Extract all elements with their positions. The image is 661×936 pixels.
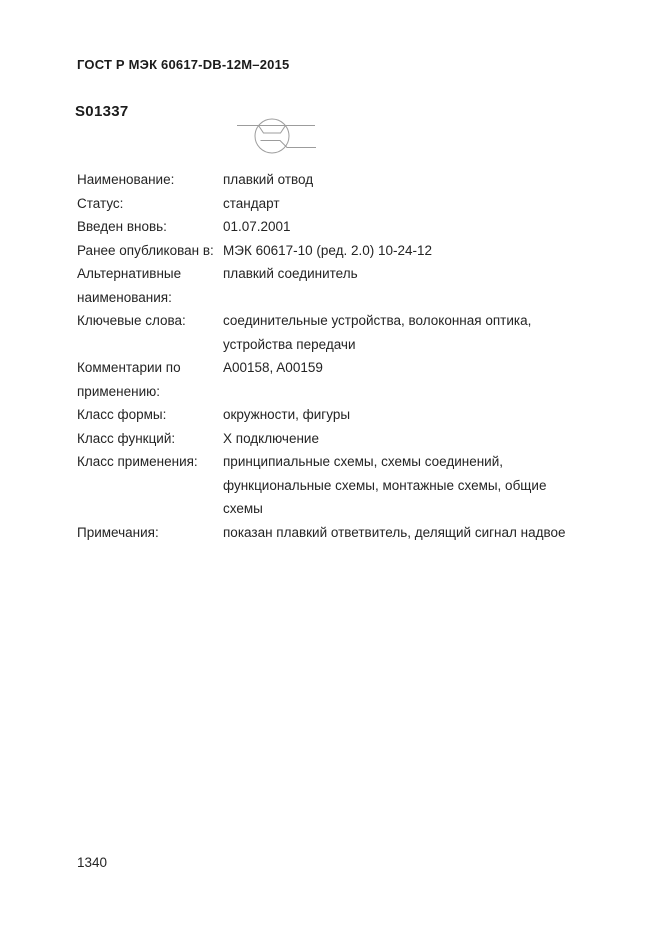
text-line: схемы xyxy=(223,497,575,521)
field-row: Ключевые слова:соединительные устройства… xyxy=(77,309,575,356)
field-value: A00158, A00159 xyxy=(223,356,575,380)
field-label: Примечания: xyxy=(77,521,223,545)
field-label: Класс применения: xyxy=(77,450,223,474)
page-number: 1340 xyxy=(77,851,107,875)
field-label: Класс функций: xyxy=(77,427,223,451)
text-line: X подключение xyxy=(223,427,575,451)
field-label: Класс формы: xyxy=(77,403,223,427)
doc-header-title: ГОСТ Р МЭК 60617-DB-12M–2015 xyxy=(77,57,289,72)
field-row: Статус:стандарт xyxy=(77,192,575,216)
field-value: соединительные устройства, волоконная оп… xyxy=(223,309,575,356)
symbol-strokes xyxy=(237,119,316,153)
field-value: стандарт xyxy=(223,192,575,216)
text-line: МЭК 60617-10 (ред. 2.0) 10-24-12 xyxy=(223,239,575,263)
fused-upper-path xyxy=(259,126,286,134)
text-line: Статус: xyxy=(77,192,223,216)
field-label: Ранее опубликован в: xyxy=(77,239,223,263)
text-line: стандарт xyxy=(223,192,575,216)
text-line: Ключевые слова: xyxy=(77,309,223,333)
text-line: функциональные схемы, монтажные схемы, о… xyxy=(223,474,575,498)
text-line: наименования: xyxy=(77,286,223,310)
text-line: Класс функций: xyxy=(77,427,223,451)
field-row: Класс формы:окружности, фигуры xyxy=(77,403,575,427)
text-line: Введен вновь: xyxy=(77,215,223,239)
text-line: устройства передачи xyxy=(223,333,575,357)
coupler-circle xyxy=(255,119,289,153)
field-value: плавкий соединитель xyxy=(223,262,575,286)
field-value: принципиальные схемы, схемы соединений,ф… xyxy=(223,450,575,521)
text-line: Наименование: xyxy=(77,168,223,192)
text-line: Класс формы: xyxy=(77,403,223,427)
field-label: Наименование: xyxy=(77,168,223,192)
field-row: Введен вновь:01.07.2001 xyxy=(77,215,575,239)
text-line: Ранее опубликован в: xyxy=(77,239,223,263)
text-line: окружности, фигуры xyxy=(223,403,575,427)
field-row: Альтернативныенаименования:плавкий соеди… xyxy=(77,262,575,309)
field-value: X подключение xyxy=(223,427,575,451)
field-label: Введен вновь: xyxy=(77,215,223,239)
field-row: Комментарии поприменению:A00158, A00159 xyxy=(77,356,575,403)
field-value: МЭК 60617-10 (ред. 2.0) 10-24-12 xyxy=(223,239,575,263)
text-line: Класс применения: xyxy=(77,450,223,474)
text-line: 01.07.2001 xyxy=(223,215,575,239)
field-value: показан плавкий ответвитель, делящий сиг… xyxy=(223,521,575,545)
symbol-id: S01337 xyxy=(75,103,129,120)
text-line: Альтернативные xyxy=(77,262,223,286)
field-row: Наименование:плавкий отвод xyxy=(77,168,575,192)
fields-list: Наименование:плавкий отводСтатус:стандар… xyxy=(77,168,575,544)
text-line: принципиальные схемы, схемы соединений, xyxy=(223,450,575,474)
text-line: применению: xyxy=(77,380,223,404)
text-line: Комментарии по xyxy=(77,356,223,380)
text-line: показан плавкий ответвитель, делящий сиг… xyxy=(223,521,575,545)
field-value: окружности, фигуры xyxy=(223,403,575,427)
field-row: Класс функций:X подключение xyxy=(77,427,575,451)
document-page: ГОСТ Р МЭК 60617-DB-12M–2015 S01337 Наим… xyxy=(0,0,661,936)
fused-tap-coupler-symbol xyxy=(200,105,340,165)
field-label: Альтернативныенаименования: xyxy=(77,262,223,309)
field-label: Комментарии поприменению: xyxy=(77,356,223,403)
field-label: Ключевые слова: xyxy=(77,309,223,333)
text-line: плавкий соединитель xyxy=(223,262,575,286)
text-line: Примечания: xyxy=(77,521,223,545)
field-row: Класс применения:принципиальные схемы, с… xyxy=(77,450,575,521)
field-label: Статус: xyxy=(77,192,223,216)
text-line: соединительные устройства, волоконная оп… xyxy=(223,309,575,333)
field-row: Примечания:показан плавкий ответвитель, … xyxy=(77,521,575,545)
field-row: Ранее опубликован в:МЭК 60617-10 (ред. 2… xyxy=(77,239,575,263)
text-line: плавкий отвод xyxy=(223,168,575,192)
field-value: плавкий отвод xyxy=(223,168,575,192)
field-value: 01.07.2001 xyxy=(223,215,575,239)
text-line: A00158, A00159 xyxy=(223,356,575,380)
